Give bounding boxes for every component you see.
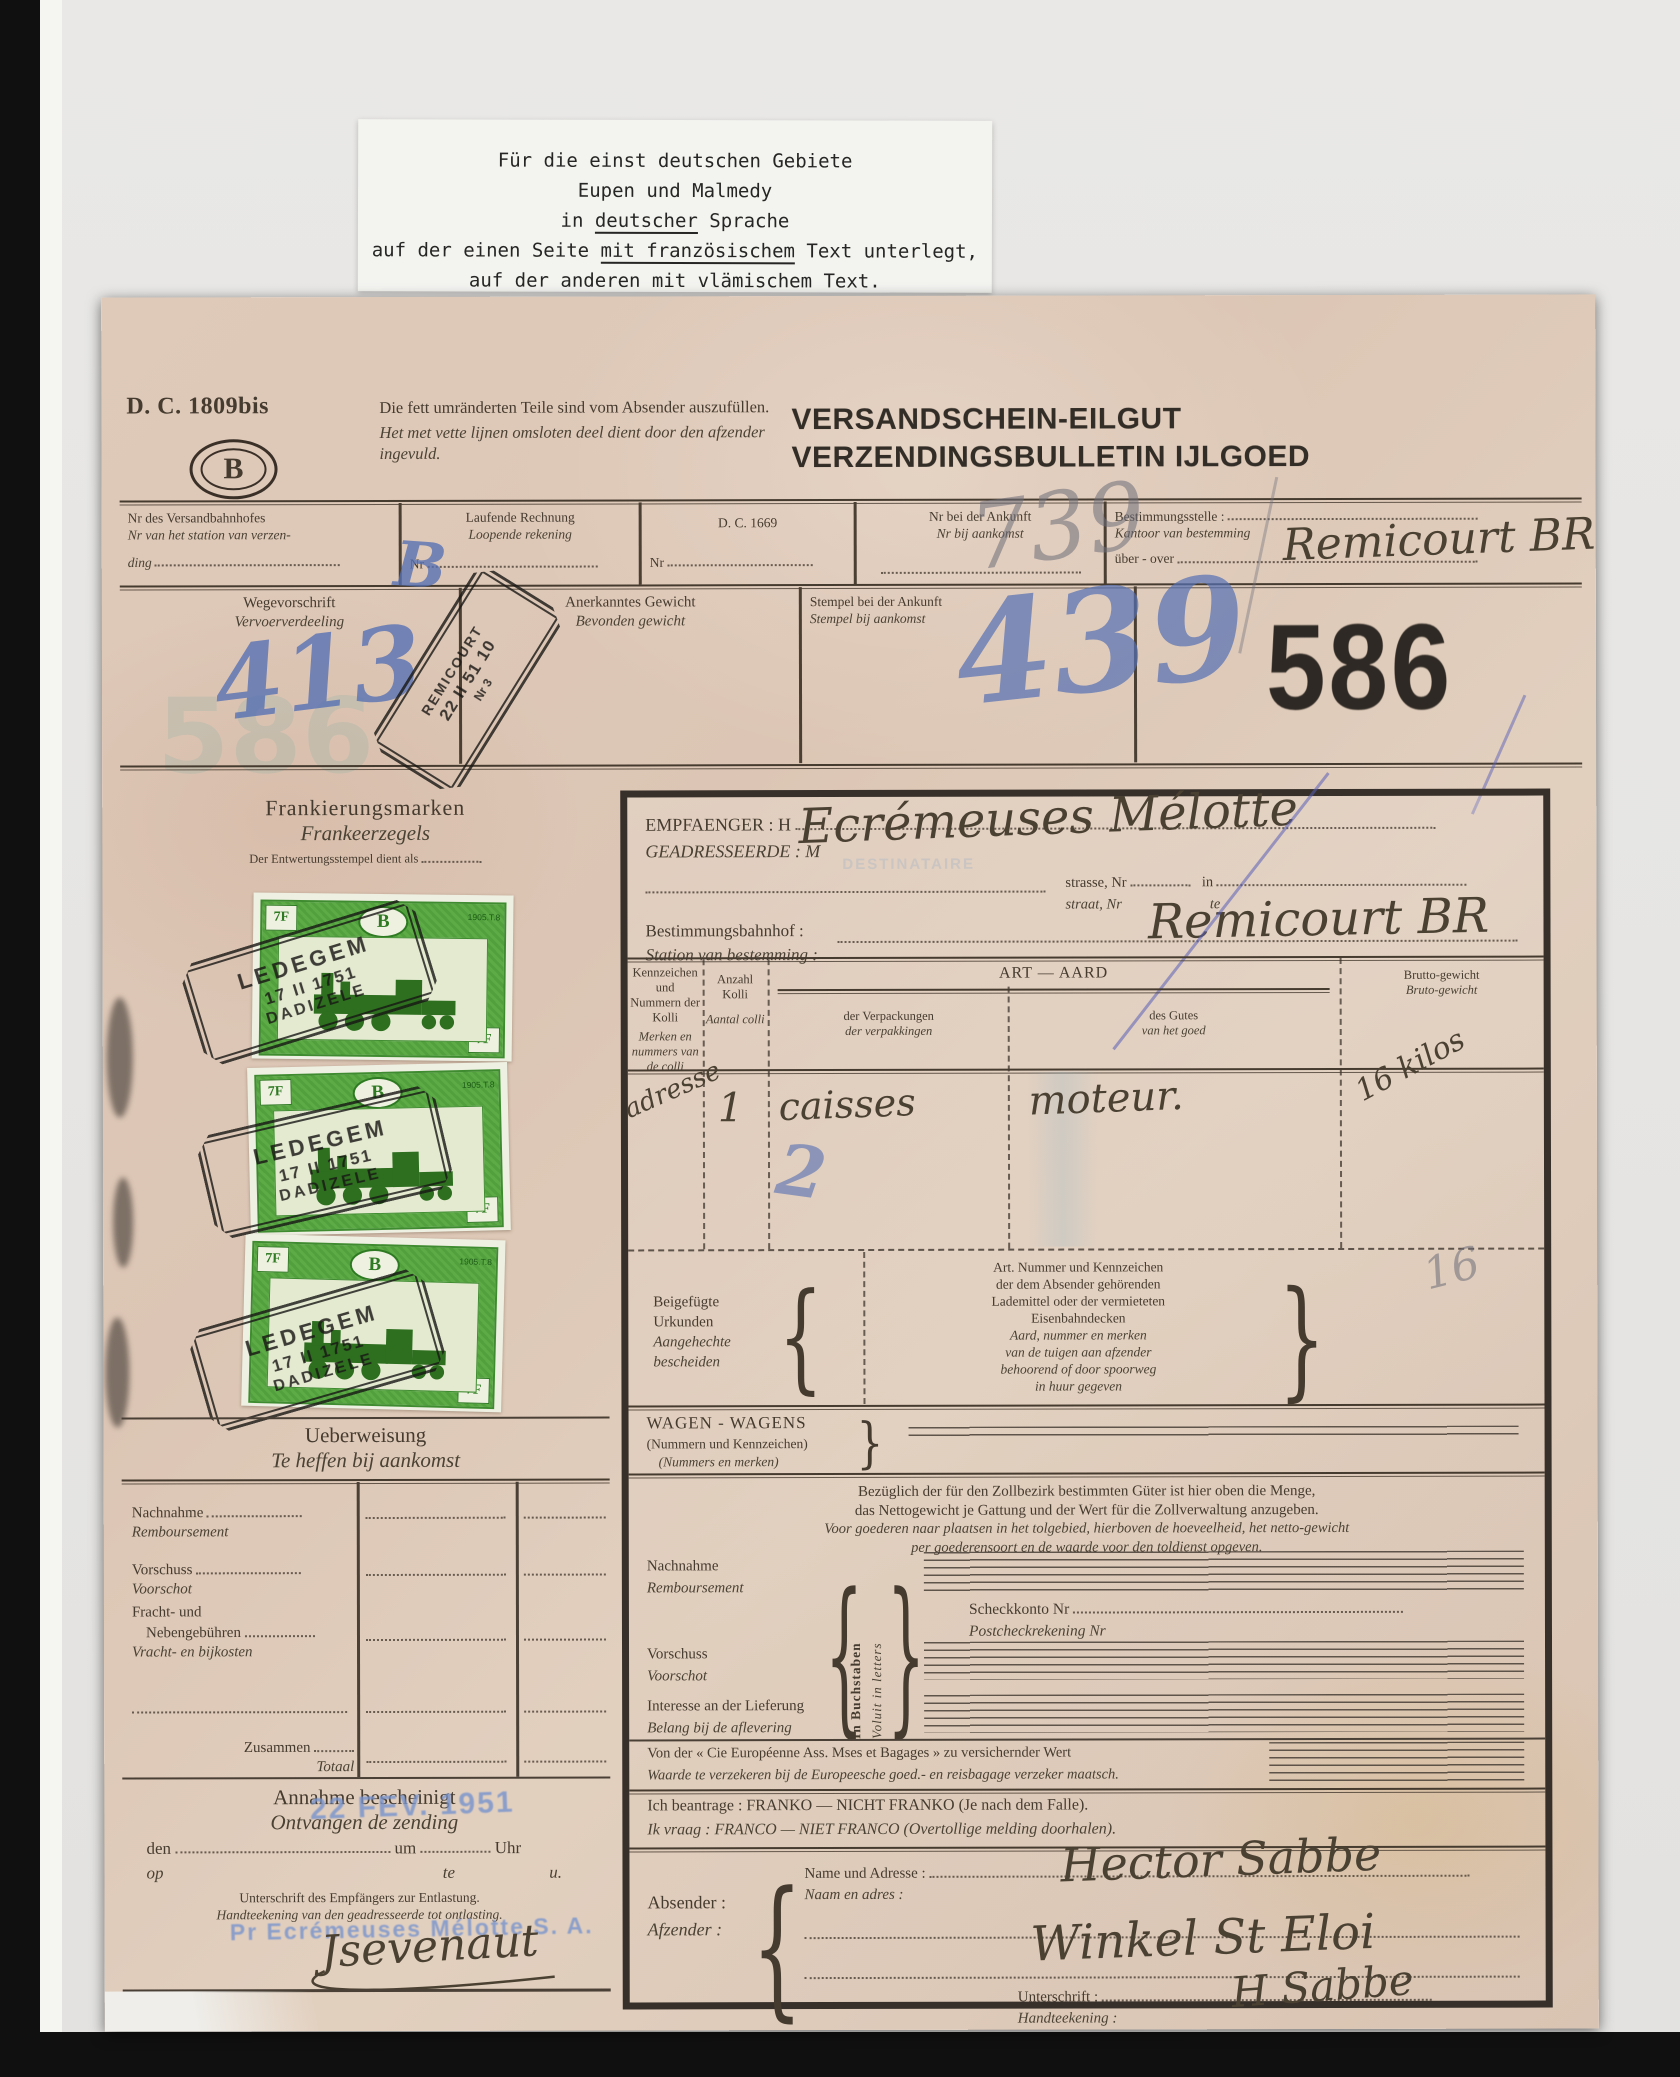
write-lines-cod: [924, 1551, 1524, 1592]
stamp-plate-text: 1905.T.8: [468, 912, 501, 922]
signature-label-nl: Handteekening :: [1018, 2010, 1118, 2027]
brace-open: {: [751, 1859, 802, 2031]
receipt-date-row: den um Uhr: [146, 1837, 596, 1859]
hw-blue-number: 439: [947, 545, 1255, 739]
wagen-sub1: (Nummern und Kennzeichen): [647, 1435, 808, 1452]
th-package-count: Anzahl Kolli Aantal colli: [705, 972, 766, 1027]
hw-pencil-mark: 16: [1418, 1237, 1485, 1300]
advance-label-nl: Voorschot: [647, 1667, 707, 1686]
table-divider: [768, 959, 771, 1249]
dest-station-label-de: Bestimmungsbahnhof :: [645, 921, 803, 941]
cod-label-de: Nachnahme: [647, 1557, 719, 1576]
hw-qty: 1: [718, 1085, 744, 1131]
section-divider: [863, 1252, 865, 1404]
customs-note: Bezüglich der für den Zollbezirk bestimm…: [639, 1482, 1535, 1558]
sender-label-nl: Afzender :: [648, 1919, 723, 1940]
rule: [628, 956, 1544, 963]
hw-sender-name: Hector Sabbe: [1059, 1827, 1382, 1893]
sender-label-de: Absender :: [648, 1892, 727, 1913]
wagen-sub2: (Nummers en merken): [659, 1453, 779, 1470]
stamp-plate-text: 1905.T.8: [462, 1079, 495, 1090]
fees-title: Ueberweisung Te heffen bij aankomst: [122, 1423, 610, 1474]
hw-consignee: Ecrémeuses Mélotte: [797, 781, 1299, 855]
rule: [778, 988, 1330, 994]
brace-close: }: [1278, 1264, 1325, 1415]
amount-line: [524, 1637, 606, 1641]
ink-smudge: [107, 998, 133, 1118]
franking-title: Frankierungsmarken Frankeerzegels Der En…: [120, 795, 610, 868]
th-packaging: der Verpackungen der verpakkingen: [778, 1009, 1000, 1039]
rule: [122, 1777, 610, 1780]
sncb-logo-icon: B: [189, 439, 277, 499]
advance-label-de: Vorschuss: [647, 1645, 708, 1664]
amount-line: [366, 1637, 506, 1641]
interest-label-de: Interesse an der Lieferung: [647, 1697, 804, 1716]
insurance-de: Von der « Cie Européenne Ass. Mses et Ba…: [647, 1745, 1071, 1763]
hw-route-letter: B: [392, 527, 449, 603]
album-edge-strip: [40, 0, 62, 2032]
note-line-5: auf der anderen mit vlämischem Text.: [358, 265, 992, 297]
amount-line: [132, 1709, 347, 1713]
instruction-nl: Het met vette lijnen omsloten deel dient…: [379, 421, 779, 464]
cod-label-nl: Remboursement: [647, 1579, 744, 1598]
postal-account-label-nl: Postcheckrekening Nr: [969, 1622, 1106, 1640]
amount-line: [366, 1572, 506, 1576]
amount-line: [524, 1759, 606, 1763]
in-letters-label-nl: Voluit in letters: [867, 1569, 887, 1739]
franko-de: Ich beantrage : FRANKO — NICHT FRANKO (J…: [647, 1797, 1088, 1816]
interest-label-nl: Belang bij de aflevering: [647, 1719, 792, 1738]
hw-blue-scrawl: 2: [772, 1127, 832, 1216]
row-divider-dashed: [628, 1248, 1544, 1252]
stamp-plate-text: 1905.T.8: [459, 1256, 492, 1267]
rule: [629, 1472, 1545, 1479]
header-instructions: Die fett umränderten Teile sind vom Abse…: [379, 396, 779, 464]
receipt-date-row-nl: op te u.: [146, 1863, 596, 1884]
fees-row-cod: Nachnahme Remboursement: [132, 1502, 352, 1542]
table-divider: [1008, 987, 1011, 1249]
th-package-marks: Kennzeichen und Nummern der Kolli Merken…: [630, 965, 701, 1074]
typed-annotation-card: Für die einst deutschen Gebiete Eupen un…: [358, 119, 992, 293]
note-line-2: Eupen und Malmedy: [358, 175, 992, 207]
hw-weight: 16 kilos: [1350, 1022, 1471, 1109]
hw-packing: caisses: [778, 1080, 917, 1129]
th-goods: des Gutes van het goed: [1018, 1008, 1330, 1039]
note-line-1: Für die einst deutschen Gebiete: [358, 145, 992, 177]
form-title: VERSANDSCHEIN-EILGUT VERZENDINGSBULLETIN…: [791, 400, 1310, 477]
loading-gear-label: Art. Nummer und Kennzeichen der dem Abse…: [883, 1258, 1273, 1395]
amount-line: [524, 1515, 606, 1519]
in-letters-label: In Buchstaben: [845, 1569, 867, 1739]
rule: [629, 1404, 1545, 1411]
fees-divider: [516, 1482, 520, 1777]
brace-open: {: [778, 1267, 823, 1406]
field-dc1669: D. C. 1669 Nr: [642, 502, 857, 584]
ink-smudge: [113, 1178, 133, 1268]
stamp-value: 7F: [259, 1079, 292, 1106]
consignment-panel: EMPFAENGER : H GEADRESSEERDE : M Ecrémeu…: [620, 789, 1553, 2010]
stamp-value: 7F: [257, 1246, 290, 1273]
amount-line: [524, 1572, 606, 1576]
fees-row-total: Zusammen Totaal: [184, 1737, 354, 1777]
write-lines-interest: [924, 1694, 1524, 1733]
brace-close: }: [887, 1559, 926, 1755]
wagen-label: WAGEN - WAGENS: [647, 1413, 807, 1433]
form-title-de: VERSANDSCHEIN-EILGUT: [791, 400, 1310, 439]
consignee-label-nl: GEADRESSEERDE : M: [645, 841, 820, 862]
table-divider: [1340, 958, 1343, 1248]
fees-row-advance: Vorschuss Voorschot: [132, 1559, 352, 1599]
fees-divider: [357, 1482, 360, 1777]
rule: [629, 1788, 1545, 1795]
street-line: [645, 889, 1045, 894]
write-lines-insurance: [1269, 1742, 1524, 1783]
franko-nl: Ik vraag : FRANCO — NIET FRANCO (Overtol…: [647, 1820, 1116, 1839]
form-code: D. C. 1809bis: [126, 393, 269, 420]
amount-line: [366, 1515, 506, 1519]
rule: [122, 1417, 610, 1420]
write-lines-advance: [924, 1641, 1524, 1680]
th-art-aard: ART — AARD: [770, 964, 1338, 983]
hw-sender-signature: H Sabbe: [1230, 1955, 1415, 2017]
brace-close: }: [857, 1411, 884, 1475]
postal-account-label: Scheckkonto Nr: [969, 1598, 1403, 1619]
ink-smudge: [105, 1318, 129, 1428]
insurance-nl: Waarde te verzekeren bij de Europeesche …: [647, 1766, 1119, 1784]
sender-name-label-nl: Naam en adres :: [805, 1887, 904, 1904]
wagen-write-line: [909, 1426, 1519, 1437]
note-line-4: auf der einen Seite mit französischem Te…: [358, 235, 992, 267]
stamp-value: 7F: [265, 905, 297, 931]
waybill-form: D. C. 1809bis B Die fett umränderten Tei…: [101, 294, 1599, 2031]
amount-line: [366, 1759, 506, 1763]
amount-line: [366, 1709, 506, 1713]
field-origin-station: Nr des Versandbahnhofes Nr van het stati…: [120, 503, 402, 586]
album-page: Für die einst deutschen Gebiete Eupen un…: [0, 0, 1680, 2077]
th-gross-weight: Brutto-gewicht Bruto-gewicht: [1344, 968, 1540, 998]
attached-docs-label: Beigefügte Urkunden Aangehechte bescheid…: [653, 1292, 773, 1372]
fees-row-freight: Fracht- und Nebengebühren Vracht- en bij…: [132, 1603, 352, 1662]
rule: [122, 1479, 610, 1485]
amount-line: [524, 1709, 606, 1713]
hw-goods: moteur.: [1028, 1073, 1185, 1125]
torn-edge: [105, 1991, 405, 2032]
note-line-3: in deutscher Sprache: [358, 205, 992, 237]
instruction-de: Die fett umränderten Teile sind vom Abse…: [379, 396, 779, 418]
form-title-nl: VERZENDINGSBULLETIN IJLGOED: [791, 438, 1310, 477]
